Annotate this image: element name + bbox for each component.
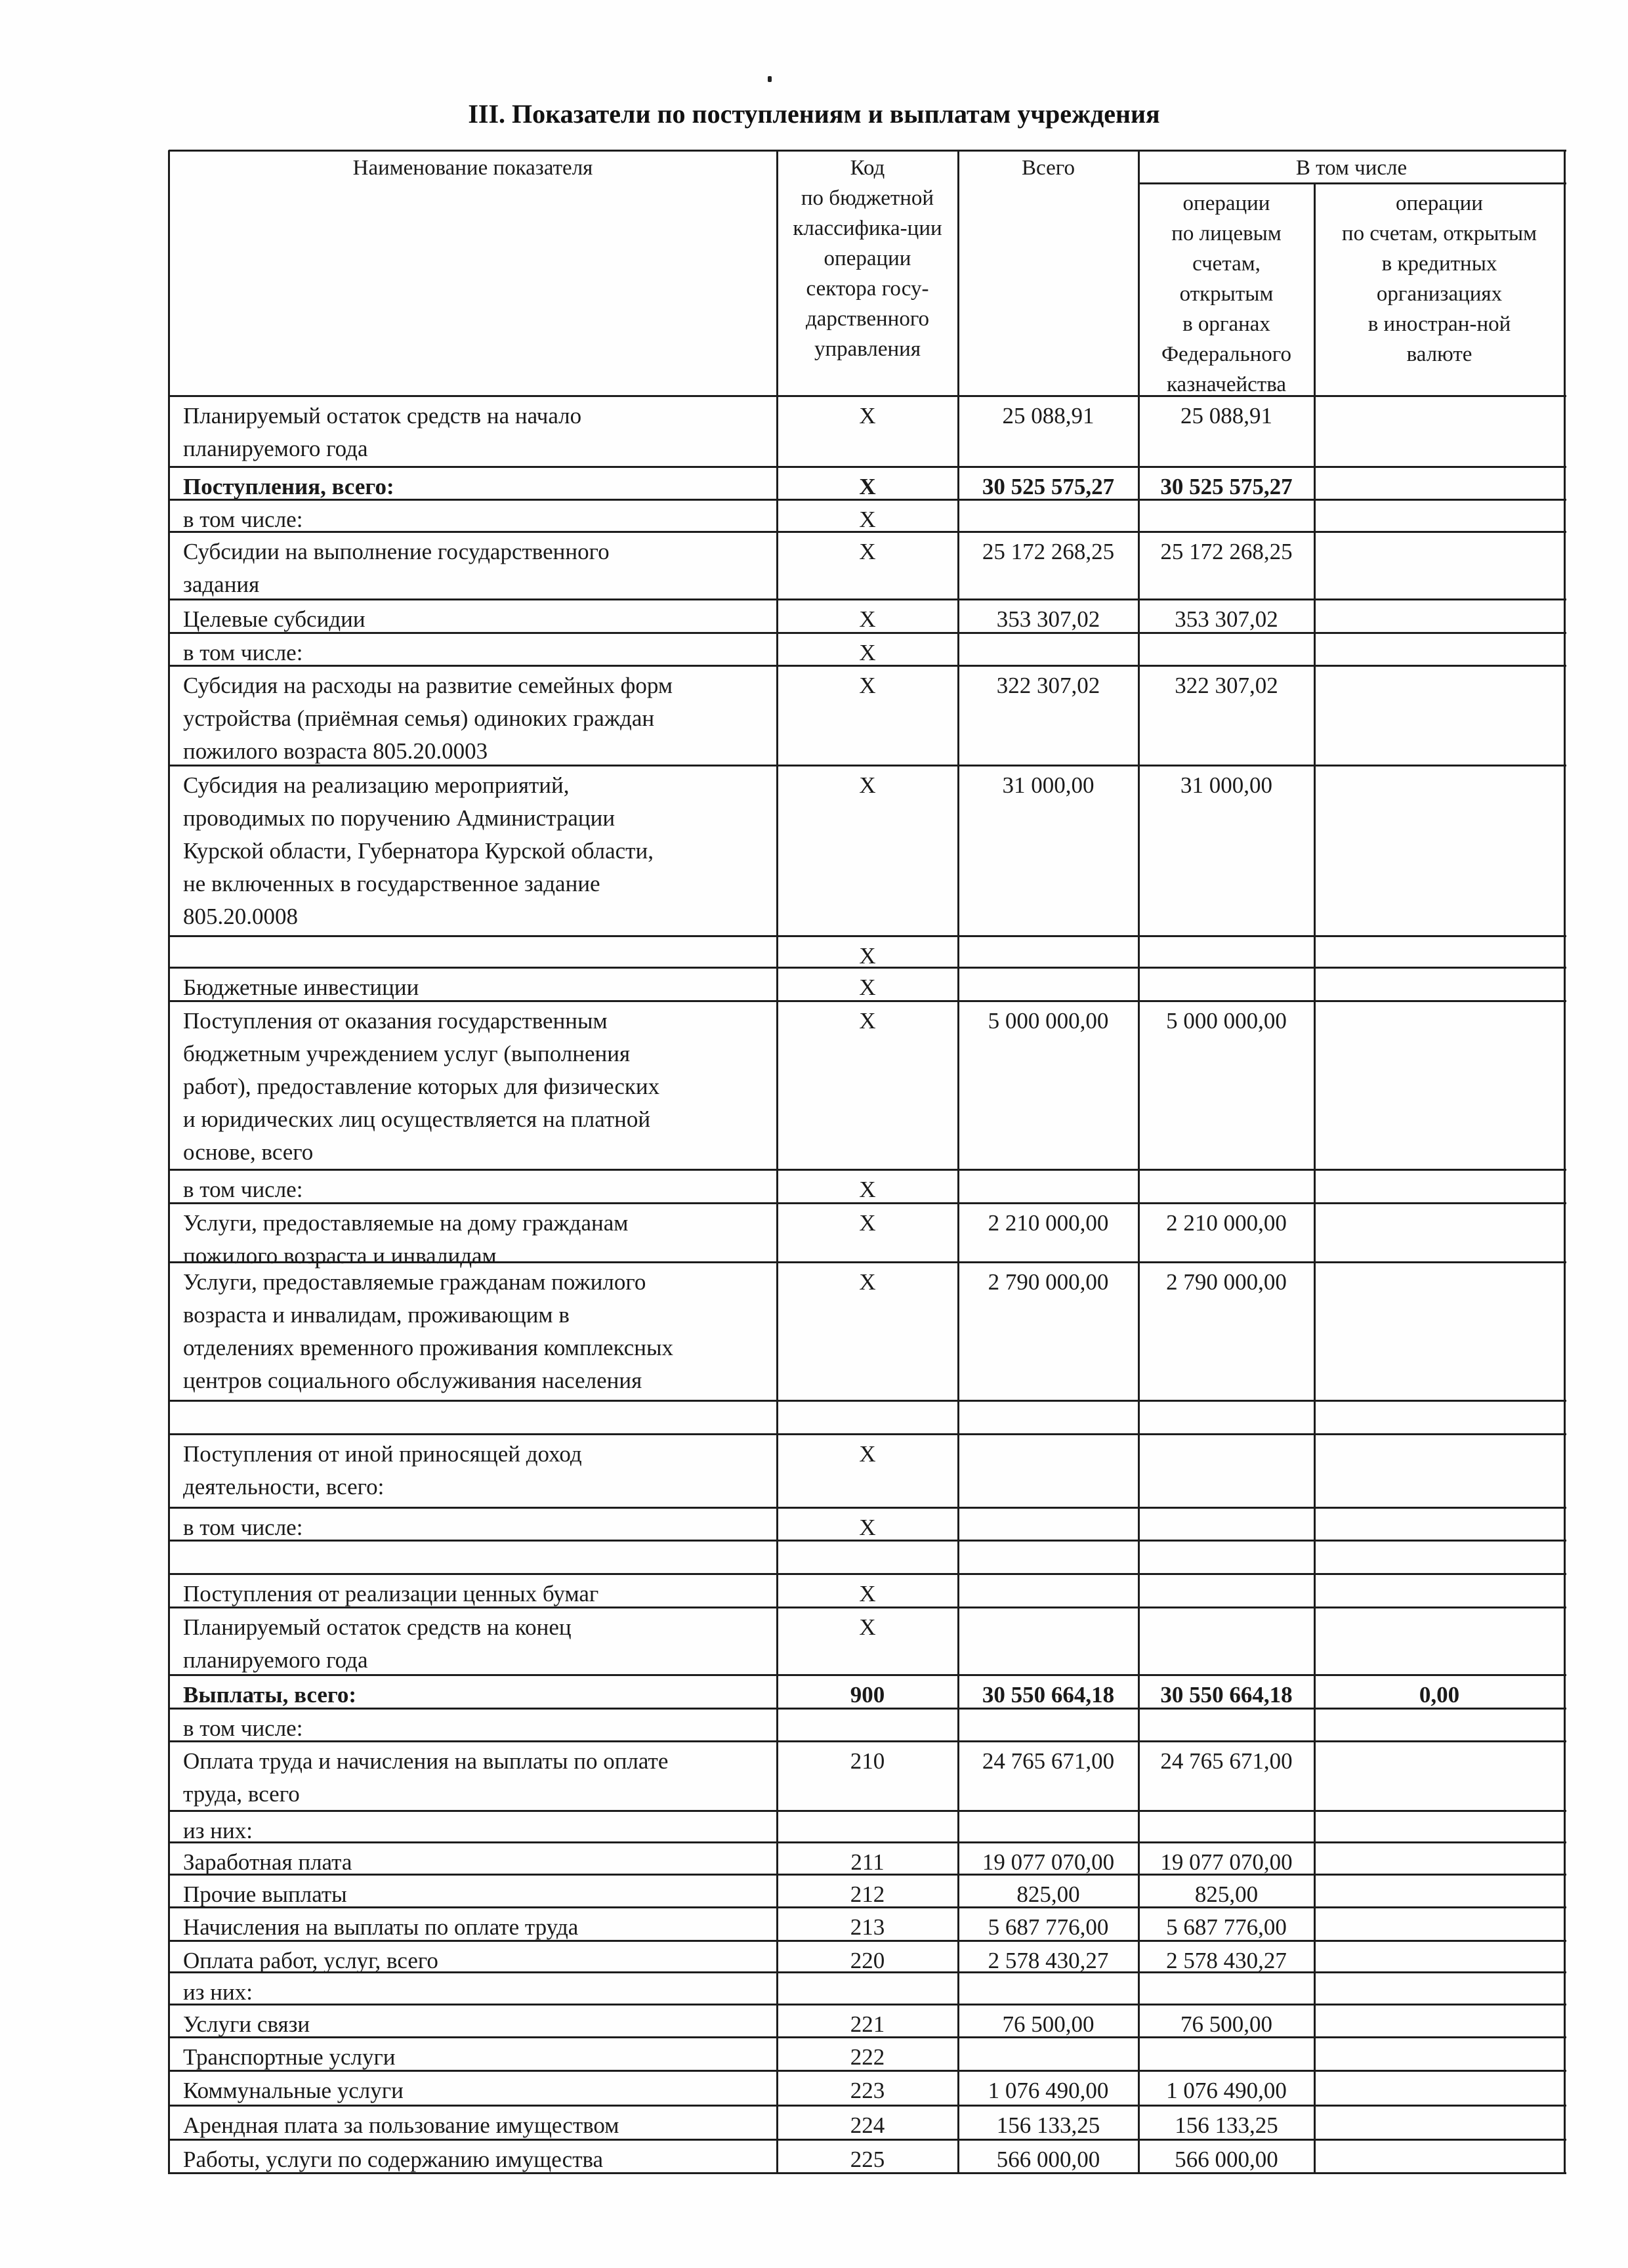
row-treasury: 156 133,25: [1138, 2105, 1314, 2139]
row-total: [958, 633, 1138, 665]
row-treasury: 2 578 430,27: [1138, 1941, 1314, 1972]
row-foreign: [1314, 1708, 1564, 1741]
row-total: 2 210 000,00: [958, 1203, 1138, 1262]
row-label: Услуги, предоставляемые гражданам пожило…: [169, 1262, 777, 1400]
row-treasury: [1138, 967, 1314, 1001]
row-label-line: Коммунальные услуги: [183, 2074, 774, 2107]
row-label-line: Субсидии на выполнение государственного: [183, 535, 774, 568]
row-label-line: проводимых по поручению Администрации: [183, 802, 774, 835]
row-label-line: отделениях временного проживания комплек…: [183, 1332, 774, 1364]
header-text-line: счетам,: [1138, 249, 1314, 279]
row-code: X: [777, 1203, 958, 1262]
row-treasury: [1138, 499, 1314, 532]
row-total: [958, 936, 1138, 967]
table-border-left: [168, 150, 170, 2174]
row-treasury: 30 525 575,27: [1138, 467, 1314, 499]
header-including: В том числе: [1138, 150, 1564, 183]
row-total: 156 133,25: [958, 2105, 1138, 2139]
row-total: 31 000,00: [958, 765, 1138, 936]
row-foreign: [1314, 1607, 1564, 1675]
row-total: [958, 1434, 1138, 1507]
row-foreign: [1314, 1874, 1564, 1907]
column-divider: [776, 150, 778, 2174]
row-code: X: [777, 936, 958, 967]
header-foreign-currency-operations: операциипо счетам, открытымв кредитныхор…: [1314, 186, 1564, 369]
row-total: [958, 1972, 1138, 2004]
row-divider: [169, 2004, 1566, 2005]
row-divider: [169, 1940, 1566, 1942]
row-foreign: [1314, 1907, 1564, 1941]
row-label-line: центров социального обслуживания населен…: [183, 1364, 774, 1397]
row-treasury: [1138, 633, 1314, 665]
header-text-line: в кредитных: [1314, 249, 1564, 279]
header-text-line: открытым: [1138, 279, 1314, 309]
header-text-line: операции: [777, 243, 958, 274]
row-foreign: [1314, 1540, 1564, 1574]
row-divider: [169, 466, 1566, 468]
row-label-line: Планируемый остаток средств на конец: [183, 1611, 774, 1644]
row-treasury: [1138, 1169, 1314, 1203]
row-code: 900: [777, 1675, 958, 1708]
row-foreign: [1314, 665, 1564, 765]
row-label-line: Арендная плата за пользование имуществом: [183, 2109, 774, 2142]
row-total: [958, 1607, 1138, 1675]
header-name: Наименование показателя: [169, 150, 777, 396]
row-label-line: Поступления от оказания государственным: [183, 1005, 774, 1038]
row-treasury: [1138, 1574, 1314, 1607]
header-text-line: операции: [1138, 188, 1314, 219]
row-treasury: 5 000 000,00: [1138, 1001, 1314, 1169]
row-label: Поступления от иной приносящей доходдеят…: [169, 1434, 777, 1507]
row-treasury: 566 000,00: [1138, 2139, 1314, 2173]
row-divider: [169, 2036, 1566, 2038]
row-label: [169, 936, 777, 967]
row-label-line: Поступления от реализации ценных бумаг: [183, 1578, 774, 1610]
header-text-line: в иностран-ной: [1314, 309, 1564, 339]
row-total: 2 578 430,27: [958, 1941, 1138, 1972]
row-divider: [169, 765, 1566, 766]
row-treasury: 76 500,00: [1138, 2004, 1314, 2037]
row-label-line: Транспортные услуги: [183, 2041, 774, 2074]
row-label: Планируемый остаток средств на конецплан…: [169, 1607, 777, 1675]
row-treasury: 353 307,02: [1138, 599, 1314, 633]
row-total: 24 765 671,00: [958, 1741, 1138, 1811]
row-label-line: задания: [183, 568, 774, 601]
row-foreign: [1314, 1741, 1564, 1811]
row-code: X: [777, 1169, 958, 1203]
row-divider: [169, 2070, 1566, 2072]
row-code: [777, 1811, 958, 1842]
row-label-line: Субсидия на расходы на развитие семейных…: [183, 669, 774, 702]
header-text-line: в органах: [1138, 309, 1314, 339]
row-label: в том числе:: [169, 1708, 777, 1741]
row-label: Субсидия на реализацию мероприятий,прово…: [169, 765, 777, 936]
row-label: в том числе:: [169, 499, 777, 532]
row-treasury: [1138, 1708, 1314, 1741]
header-text-line: управления: [777, 334, 958, 364]
row-treasury: [1138, 1434, 1314, 1507]
row-foreign: [1314, 396, 1564, 467]
row-foreign: [1314, 2004, 1564, 2037]
row-label-line: Курской области, Губернатора Курской обл…: [183, 835, 774, 868]
row-divider: [169, 1874, 1566, 1876]
row-label-line: не включенных в государственное задание: [183, 868, 774, 900]
row-label-line: пожилого возраста 805.20.0003: [183, 735, 774, 768]
header-divider: [1138, 182, 1566, 184]
column-divider: [957, 150, 959, 2174]
row-label-line: Оплата труда и начисления на выплаты по …: [183, 1745, 774, 1778]
row-foreign: [1314, 1811, 1564, 1842]
row-treasury: [1138, 1540, 1314, 1574]
row-foreign: [1314, 1972, 1564, 2004]
row-label-line: Выплаты, всего:: [183, 1679, 774, 1711]
row-foreign: [1314, 532, 1564, 599]
row-label: Коммунальные услуги: [169, 2070, 777, 2105]
row-label: в том числе:: [169, 633, 777, 665]
row-label-line: Целевые субсидии: [183, 603, 774, 636]
row-code: 224: [777, 2105, 958, 2139]
row-foreign: [1314, 1842, 1564, 1874]
row-total: 322 307,02: [958, 665, 1138, 765]
row-divider: [169, 1708, 1566, 1710]
row-treasury: 2 790 000,00: [1138, 1262, 1314, 1400]
row-divider: [169, 1169, 1566, 1171]
row-label: Субсидия на расходы на развитие семейных…: [169, 665, 777, 765]
row-total: 353 307,02: [958, 599, 1138, 633]
row-code: X: [777, 765, 958, 936]
row-label-line: работ), предоставление которых для физич…: [183, 1070, 774, 1103]
row-label: Услуги, предоставляемые на дому граждана…: [169, 1203, 777, 1262]
row-code: 213: [777, 1907, 958, 1941]
row-label: Работы, услуги по содержанию имущества: [169, 2139, 777, 2173]
header-text-line: Федерального: [1138, 339, 1314, 369]
row-total: [958, 1400, 1138, 1434]
row-code: X: [777, 1434, 958, 1507]
row-label: [169, 1540, 777, 1574]
row-code: 223: [777, 2070, 958, 2105]
header-text-line: Код: [777, 153, 958, 183]
row-total: 566 000,00: [958, 2139, 1138, 2173]
row-treasury: 25 088,91: [1138, 396, 1314, 467]
row-total: [958, 1811, 1138, 1842]
row-foreign: [1314, 2105, 1564, 2139]
row-label-line: планируемого года: [183, 432, 774, 465]
row-total: 30 550 664,18: [958, 1675, 1138, 1708]
row-foreign: [1314, 1400, 1564, 1434]
row-divider: [169, 1261, 1566, 1263]
row-label: Заработная плата: [169, 1842, 777, 1874]
row-divider: [169, 531, 1566, 533]
row-treasury: 31 000,00: [1138, 765, 1314, 936]
row-divider: [169, 1971, 1566, 1973]
row-foreign: [1314, 633, 1564, 665]
header-text-line: Всего: [958, 153, 1138, 183]
row-code: 210: [777, 1741, 958, 1811]
row-treasury: 2 210 000,00: [1138, 1203, 1314, 1262]
row-code: [777, 1708, 958, 1741]
row-code: 220: [777, 1941, 958, 1972]
row-divider: [169, 1841, 1566, 1843]
row-treasury: 825,00: [1138, 1874, 1314, 1907]
row-label: Выплаты, всего:: [169, 1675, 777, 1708]
row-treasury: [1138, 1400, 1314, 1434]
header-bottom-line: [169, 395, 1566, 397]
row-divider: [169, 935, 1566, 937]
row-divider: [169, 1400, 1566, 1402]
row-label: [169, 1400, 777, 1434]
header-text-line: валюте: [1314, 339, 1564, 369]
row-total: 30 525 575,27: [958, 467, 1138, 499]
row-treasury: [1138, 1607, 1314, 1675]
row-foreign: [1314, 1001, 1564, 1169]
row-label-line: возраста и инвалидам, проживающим в: [183, 1299, 774, 1332]
row-total: [958, 1540, 1138, 1574]
header-text-line: по счетам, открытым: [1314, 219, 1564, 249]
row-code: X: [777, 532, 958, 599]
row-treasury: 19 077 070,00: [1138, 1842, 1314, 1874]
row-code: X: [777, 467, 958, 499]
row-treasury: [1138, 2037, 1314, 2070]
row-treasury: 24 765 671,00: [1138, 1741, 1314, 1811]
row-code: X: [777, 1607, 958, 1675]
row-divider: [169, 1740, 1566, 1742]
row-label: Оплата труда и начисления на выплаты по …: [169, 1741, 777, 1811]
header-text-line: дарственного: [777, 304, 958, 334]
row-treasury: 1 076 490,00: [1138, 2070, 1314, 2105]
row-label: Субсидии на выполнение государственногоз…: [169, 532, 777, 599]
row-label-line: Субсидия на реализацию мероприятий,: [183, 769, 774, 802]
row-foreign: [1314, 1941, 1564, 1972]
row-treasury: [1138, 1507, 1314, 1540]
row-label: из них:: [169, 1811, 777, 1842]
row-divider: [169, 1573, 1566, 1575]
row-label: Планируемый остаток средств на началопла…: [169, 396, 777, 467]
row-label: Начисления на выплаты по оплате труда: [169, 1907, 777, 1941]
header-text-line: сектора госу-: [777, 274, 958, 304]
row-divider: [169, 1606, 1566, 1608]
row-total: [958, 1708, 1138, 1741]
row-treasury: 5 687 776,00: [1138, 1907, 1314, 1941]
row-foreign: [1314, 2139, 1564, 2173]
header-text-line: по бюджетной: [777, 183, 958, 213]
header-text-line: классифика-ции: [777, 213, 958, 243]
row-label: Транспортные услуги: [169, 2037, 777, 2070]
row-foreign: 0,00: [1314, 1675, 1564, 1708]
row-treasury: 30 550 664,18: [1138, 1675, 1314, 1708]
row-code: X: [777, 633, 958, 665]
row-label: Поступления от оказания государственнымб…: [169, 1001, 777, 1169]
row-code: [777, 1972, 958, 2004]
row-code: [777, 1400, 958, 1434]
row-divider: [169, 1507, 1566, 1509]
row-divider: [169, 1540, 1566, 1542]
row-divider: [169, 967, 1566, 969]
row-foreign: [1314, 1574, 1564, 1607]
row-total: 76 500,00: [958, 2004, 1138, 2037]
row-divider: [169, 665, 1566, 667]
row-total: [958, 1507, 1138, 1540]
header-code: Кодпо бюджетнойклассифика-цииоперациисек…: [777, 150, 958, 396]
row-label: Арендная плата за пользование имуществом: [169, 2105, 777, 2139]
row-label-line: Бюджетные инвестиции: [183, 971, 774, 1004]
row-total: 825,00: [958, 1874, 1138, 1907]
row-code: X: [777, 396, 958, 467]
row-treasury: 25 172 268,25: [1138, 532, 1314, 599]
row-total: 25 088,91: [958, 396, 1138, 467]
row-label: из них:: [169, 1972, 777, 2004]
header-text-line: по лицевым: [1138, 219, 1314, 249]
row-label-line: Работы, услуги по содержанию имущества: [183, 2143, 774, 2176]
row-label-line: планируемого года: [183, 1644, 774, 1677]
row-foreign: [1314, 1262, 1564, 1400]
row-total: [958, 967, 1138, 1001]
row-divider: [169, 2105, 1566, 2107]
row-total: 1 076 490,00: [958, 2070, 1138, 2105]
row-label-line: Начисления на выплаты по оплате труда: [183, 1911, 774, 1944]
row-total: 19 077 070,00: [958, 1842, 1138, 1874]
row-foreign: [1314, 1434, 1564, 1507]
row-code: X: [777, 967, 958, 1001]
row-label: Прочие выплаты: [169, 1874, 777, 1907]
row-treasury: [1138, 936, 1314, 967]
row-divider: [169, 632, 1566, 634]
row-label: Целевые субсидии: [169, 599, 777, 633]
row-label-line: Услуги, предоставляемые на дому граждана…: [183, 1207, 774, 1240]
row-divider: [169, 1674, 1566, 1676]
row-divider: [169, 1000, 1566, 1002]
row-code: X: [777, 1507, 958, 1540]
table-border-bottom: [169, 2172, 1566, 2174]
row-foreign: [1314, 2070, 1564, 2105]
row-code: [777, 1540, 958, 1574]
row-label-line: труда, всего: [183, 1778, 774, 1811]
row-total: 25 172 268,25: [958, 532, 1138, 599]
row-label-line: Услуги, предоставляемые гражданам пожило…: [183, 1266, 774, 1299]
row-foreign: [1314, 765, 1564, 936]
row-code: 225: [777, 2139, 958, 2173]
row-code: X: [777, 1574, 958, 1607]
header-text-line: организациях: [1314, 279, 1564, 309]
row-label-line: основе, всего: [183, 1136, 774, 1169]
header-treasury-operations: операциипо лицевымсчетам,открытымв орган…: [1138, 186, 1314, 400]
row-code: X: [777, 1001, 958, 1169]
row-foreign: [1314, 967, 1564, 1001]
row-code: 211: [777, 1842, 958, 1874]
row-foreign: [1314, 1507, 1564, 1540]
row-label-line: Планируемый остаток средств на начало: [183, 400, 774, 432]
row-label-line: бюджетным учреждением услуг (выполнения: [183, 1038, 774, 1070]
row-code: X: [777, 599, 958, 633]
row-divider: [169, 1810, 1566, 1812]
row-code: X: [777, 665, 958, 765]
row-foreign: [1314, 1169, 1564, 1203]
scan-speck: [768, 76, 772, 82]
row-code: 221: [777, 2004, 958, 2037]
row-label: в том числе:: [169, 1169, 777, 1203]
row-code: 222: [777, 2037, 958, 2070]
row-total: 2 790 000,00: [958, 1262, 1138, 1400]
row-total: 5 000 000,00: [958, 1001, 1138, 1169]
row-treasury: [1138, 1972, 1314, 2004]
section-title: III. Показатели по поступлениям и выплат…: [0, 98, 1628, 129]
row-label: Оплата работ, услуг, всего: [169, 1941, 777, 1972]
row-total: [958, 2037, 1138, 2070]
row-divider: [169, 1906, 1566, 1908]
row-label: в том числе:: [169, 1507, 777, 1540]
row-label: Услуги связи: [169, 2004, 777, 2037]
row-total: [958, 499, 1138, 532]
row-label: Поступления, всего:: [169, 467, 777, 499]
table-border-top: [169, 150, 1566, 152]
column-divider: [1314, 183, 1316, 2174]
row-foreign: [1314, 467, 1564, 499]
row-label-line: в том числе:: [183, 1173, 774, 1206]
row-code: X: [777, 499, 958, 532]
row-label: Бюджетные инвестиции: [169, 967, 777, 1001]
row-total: [958, 1169, 1138, 1203]
row-label-line: Поступления от иной приносящей доход: [183, 1438, 774, 1471]
row-treasury: [1138, 1811, 1314, 1842]
row-divider: [169, 1433, 1566, 1435]
row-divider: [169, 499, 1566, 501]
header-text-line: операции: [1314, 188, 1564, 219]
row-divider: [169, 598, 1566, 600]
table-border-right: [1564, 150, 1566, 2174]
row-label-line: устройства (приёмная семья) одиноких гра…: [183, 702, 774, 735]
row-label: Поступления от реализации ценных бумаг: [169, 1574, 777, 1607]
row-label-line: и юридических лиц осуществляется на плат…: [183, 1103, 774, 1136]
header-text-line: В том числе: [1138, 153, 1564, 183]
row-foreign: [1314, 599, 1564, 633]
header-total: Всего: [958, 150, 1138, 183]
row-code: X: [777, 1262, 958, 1400]
row-label-line: деятельности, всего:: [183, 1471, 774, 1503]
row-foreign: [1314, 499, 1564, 532]
row-code: 212: [777, 1874, 958, 1907]
row-divider: [169, 2139, 1566, 2141]
header-text-line: Наименование показателя: [169, 153, 777, 183]
row-divider: [169, 1202, 1566, 1204]
row-label-line: 805.20.0008: [183, 900, 774, 933]
row-treasury: 322 307,02: [1138, 665, 1314, 765]
column-divider: [1138, 150, 1140, 2174]
row-foreign: [1314, 2037, 1564, 2070]
row-foreign: [1314, 936, 1564, 967]
scanned-page: III. Показатели по поступлениям и выплат…: [0, 0, 1628, 2268]
row-total: [958, 1574, 1138, 1607]
row-foreign: [1314, 1203, 1564, 1262]
row-total: 5 687 776,00: [958, 1907, 1138, 1941]
